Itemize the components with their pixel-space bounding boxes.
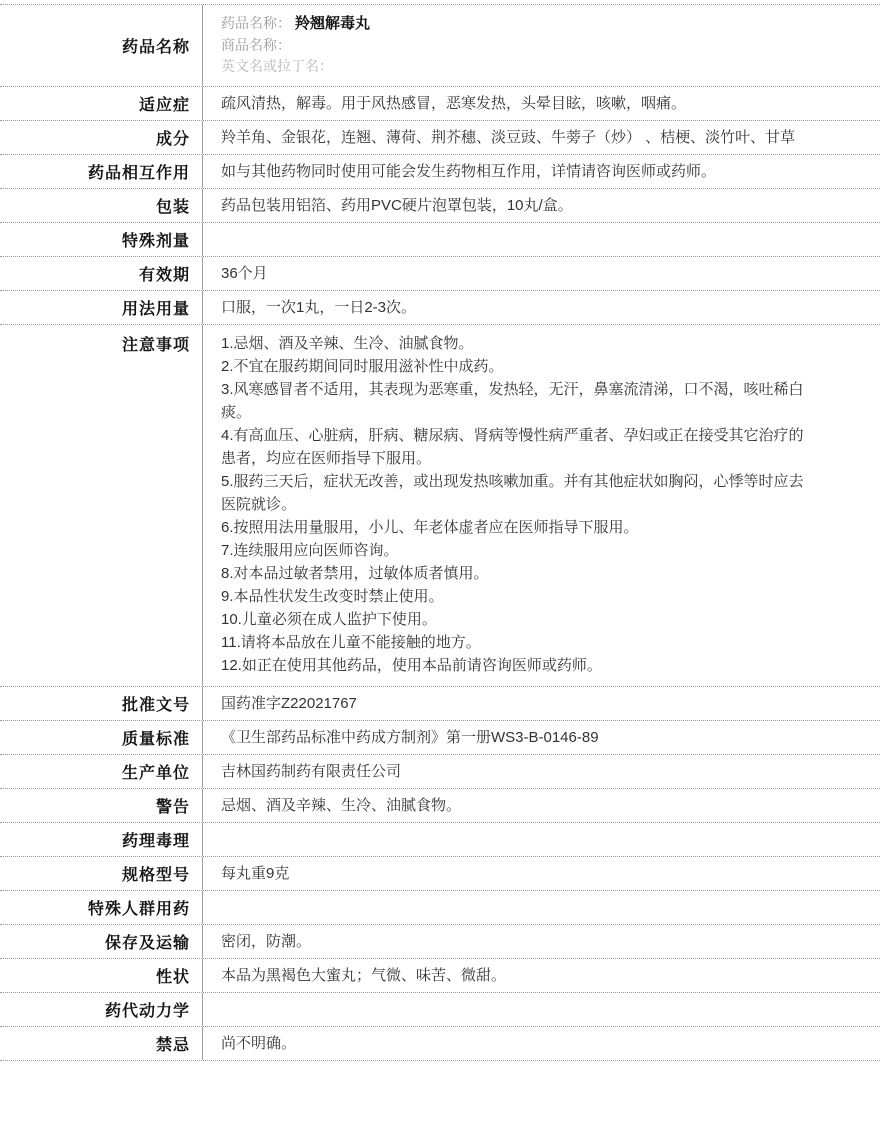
row-value: 忌烟、酒及辛辣、生冷、油腻食物。 [203, 789, 880, 822]
drug-info-page: { "colors": { "border": "#999999", "sepa… [0, 0, 880, 1130]
row-label: 有效期 [0, 257, 203, 290]
table-row: 批准文号 国药准字Z22021767 [0, 687, 880, 721]
row-value: 吉林国药制药有限责任公司 [203, 755, 880, 788]
field-label: 药品名称： [221, 15, 291, 31]
table-row: 保存及运输 密闭，防潮。 [0, 925, 880, 959]
row-value: 36个月 [203, 257, 880, 290]
table-row: 药品名称 药品名称：羚翘解毒丸 商品名称： 英文名或拉丁名： [0, 5, 880, 87]
row-label: 性状 [0, 959, 203, 992]
row-value: 《卫生部药品标准中药成方制剂》第一册WS3-B-0146-89 [203, 721, 880, 754]
field-label: 英文名或拉丁名： [221, 58, 333, 74]
precaution-item: 8.对本品过敏者禁用，过敏体质者慎用。 [221, 562, 814, 585]
table-row: 成分 羚羊角、金银花，连翘、薄荷、荆芥穗、淡豆豉、牛蒡子（炒） 、桔梗、淡竹叶、… [0, 121, 880, 155]
row-label: 禁忌 [0, 1027, 203, 1060]
row-value [203, 223, 880, 256]
precaution-item: 12.如正在使用其他药品，使用本品前请咨询医师或药师。 [221, 654, 814, 677]
precaution-item: 2.不宜在服药期间同时服用滋补性中成药。 [221, 355, 814, 378]
row-value [203, 823, 880, 856]
drug-info-table: 药品名称 药品名称：羚翘解毒丸 商品名称： 英文名或拉丁名： 适应症 疏风清热，… [0, 4, 880, 1061]
row-label: 注意事项 [0, 325, 203, 686]
row-label: 用法用量 [0, 291, 203, 324]
drug-name-field: 商品名称： [221, 35, 814, 57]
table-row: 包装 药品包装用铝箔、药用PVC硬片泡罩包装，10丸/盒。 [0, 189, 880, 223]
row-label: 生产单位 [0, 755, 203, 788]
row-label: 规格型号 [0, 857, 203, 890]
row-label: 药品相互作用 [0, 155, 203, 188]
table-row: 药理毒理 [0, 823, 880, 857]
row-label: 批准文号 [0, 687, 203, 720]
table-row: 警告 忌烟、酒及辛辣、生冷、油腻食物。 [0, 789, 880, 823]
table-row: 质量标准 《卫生部药品标准中药成方制剂》第一册WS3-B-0146-89 [0, 721, 880, 755]
table-row: 性状 本品为黑褐色大蜜丸；气微、味苦、微甜。 [0, 959, 880, 993]
table-row: 特殊剂量 [0, 223, 880, 257]
table-row: 药代动力学 [0, 993, 880, 1027]
drug-name-value [333, 58, 337, 75]
row-label: 适应症 [0, 87, 203, 120]
row-value: 药品名称：羚翘解毒丸 商品名称： 英文名或拉丁名： [203, 5, 880, 86]
row-value [203, 993, 880, 1026]
precaution-item: 3.风寒感冒者不适用，其表现为恶寒重，发热轻，无汗，鼻塞流清涕，口不渴，咳吐稀白… [221, 378, 814, 424]
precaution-item: 10.儿童必须在成人监护下使用。 [221, 608, 814, 631]
table-row: 有效期 36个月 [0, 257, 880, 291]
precaution-item: 9.本品性状发生改变时禁止使用。 [221, 585, 814, 608]
drug-name-value [291, 37, 295, 54]
row-label: 药品名称 [0, 5, 203, 86]
row-label: 包装 [0, 189, 203, 222]
row-label: 特殊剂量 [0, 223, 203, 256]
precaution-item: 11.请将本品放在儿童不能接触的地方。 [221, 631, 814, 654]
row-value: 羚羊角、金银花，连翘、薄荷、荆芥穗、淡豆豉、牛蒡子（炒） 、桔梗、淡竹叶、甘草 [203, 121, 880, 154]
row-label: 特殊人群用药 [0, 891, 203, 924]
row-label: 药理毒理 [0, 823, 203, 856]
row-value: 口服，一次1丸，一日2-3次。 [203, 291, 880, 324]
table-row: 用法用量 口服，一次1丸，一日2-3次。 [0, 291, 880, 325]
row-label: 质量标准 [0, 721, 203, 754]
precaution-item: 1.忌烟、酒及辛辣、生冷、油腻食物。 [221, 332, 814, 355]
row-label: 药代动力学 [0, 993, 203, 1026]
table-row: 特殊人群用药 [0, 891, 880, 925]
row-value: 1.忌烟、酒及辛辣、生冷、油腻食物。 2.不宜在服药期间同时服用滋补性中成药。 … [203, 325, 880, 686]
row-value: 药品包装用铝箔、药用PVC硬片泡罩包装，10丸/盒。 [203, 189, 880, 222]
precaution-item: 4.有高血压、心脏病，肝病、糖尿病、肾病等慢性病严重者、孕妇或正在接受其它治疗的… [221, 424, 814, 470]
row-value: 如与其他药物同时使用可能会发生药物相互作用，详情请咨询医师或药师。 [203, 155, 880, 188]
table-row: 规格型号 每丸重9克 [0, 857, 880, 891]
row-value: 国药准字Z22021767 [203, 687, 880, 720]
row-label: 保存及运输 [0, 925, 203, 958]
table-row: 注意事项 1.忌烟、酒及辛辣、生冷、油腻食物。 2.不宜在服药期间同时服用滋补性… [0, 325, 880, 687]
table-row: 禁忌 尚不明确。 [0, 1027, 880, 1061]
drug-name-field: 英文名或拉丁名： [221, 56, 814, 78]
field-label: 商品名称： [221, 37, 291, 53]
table-row: 药品相互作用 如与其他药物同时使用可能会发生药物相互作用，详情请咨询医师或药师。 [0, 155, 880, 189]
row-value: 尚不明确。 [203, 1027, 880, 1060]
precaution-item: 6.按照用法用量服用，小儿、年老体虚者应在医师指导下服用。 [221, 516, 814, 539]
row-value: 本品为黑褐色大蜜丸；气微、味苦、微甜。 [203, 959, 880, 992]
row-label: 警告 [0, 789, 203, 822]
row-label: 成分 [0, 121, 203, 154]
drug-name-value: 羚翘解毒丸 [291, 15, 370, 32]
table-row: 适应症 疏风清热，解毒。用于风热感冒，恶寒发热，头晕目眩，咳嗽，咽痛。 [0, 87, 880, 121]
precaution-item: 7.连续服用应向医师咨询。 [221, 539, 814, 562]
table-row: 生产单位 吉林国药制药有限责任公司 [0, 755, 880, 789]
row-value [203, 891, 880, 924]
precaution-item: 5.服药三天后，症状无改善，或出现发热咳嗽加重。并有其他症状如胸闷，心悸等时应去… [221, 470, 814, 516]
drug-name-field: 药品名称：羚翘解毒丸 [221, 13, 814, 35]
row-value: 密闭，防潮。 [203, 925, 880, 958]
row-value: 每丸重9克 [203, 857, 880, 890]
row-value: 疏风清热，解毒。用于风热感冒，恶寒发热，头晕目眩，咳嗽，咽痛。 [203, 87, 880, 120]
